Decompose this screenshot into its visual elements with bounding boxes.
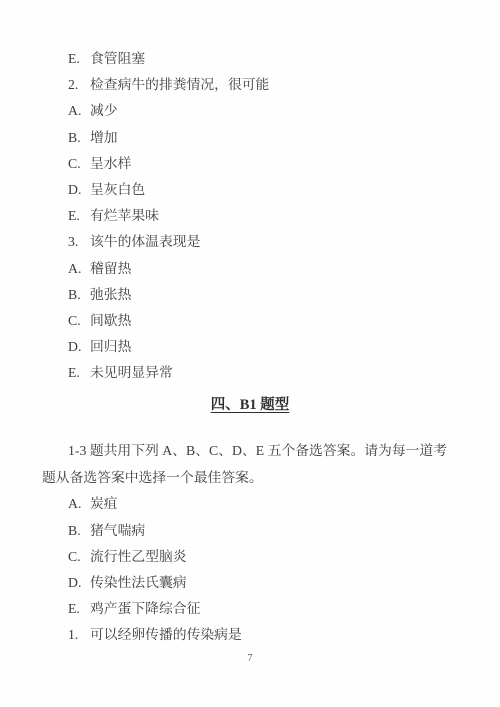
option-text: 炭疽 bbox=[90, 496, 118, 511]
option-letter: B. bbox=[68, 125, 90, 151]
option-line: D.呈灰白色 bbox=[42, 177, 458, 203]
option-text: 间歇热 bbox=[90, 313, 131, 328]
question-text: 检查病牛的排粪情况，很可能 bbox=[90, 77, 269, 92]
option-letter: E. bbox=[68, 360, 90, 386]
option-line: A.减少 bbox=[42, 98, 458, 124]
question-text: 该牛的体温表现是 bbox=[90, 234, 200, 249]
option-text: 鸡产蛋下降综合征 bbox=[90, 601, 200, 616]
section-instructions: 1-3 题共用下列 A、B、C、D、E 五个备选答案。请为每一道考题从备选答案中… bbox=[42, 438, 458, 491]
option-letter: B. bbox=[68, 518, 90, 544]
option-line: C.呈水样 bbox=[42, 151, 458, 177]
option-line: E.未见明显异常 bbox=[42, 360, 458, 386]
option-letter: C. bbox=[68, 308, 90, 334]
option-line: D.回归热 bbox=[42, 334, 458, 360]
option-text: 增加 bbox=[90, 130, 118, 145]
option-text: 传染性法氏囊病 bbox=[90, 575, 187, 590]
option-text: 流行性乙型脑炎 bbox=[90, 549, 187, 564]
option-letter: A. bbox=[68, 256, 90, 282]
option-letter: E. bbox=[68, 203, 90, 229]
section-heading: 四、B1 题型 bbox=[42, 392, 458, 418]
option-line: D.传染性法氏囊病 bbox=[42, 570, 458, 596]
option-line: E.有烂苹果味 bbox=[42, 203, 458, 229]
option-letter: E. bbox=[68, 596, 90, 622]
option-text: 未见明显异常 bbox=[90, 365, 173, 380]
question-number: 1. bbox=[68, 622, 90, 648]
option-text: 稽留热 bbox=[90, 261, 131, 276]
option-text: 弛张热 bbox=[90, 287, 131, 302]
option-line: E.食管阻塞 bbox=[42, 46, 458, 72]
question-line: 2.检查病牛的排粪情况，很可能 bbox=[42, 72, 458, 98]
option-line: B.猪气喘病 bbox=[42, 518, 458, 544]
question-line: 1.可以经卵传播的传染病是 bbox=[42, 622, 458, 648]
page-content: E.食管阻塞 2.检查病牛的排粪情况，很可能 A.减少 B.增加 C.呈水样 D… bbox=[0, 0, 500, 649]
option-text: 减少 bbox=[90, 103, 118, 118]
option-text: 食管阻塞 bbox=[90, 51, 145, 66]
option-letter: D. bbox=[68, 570, 90, 596]
option-text: 呈水样 bbox=[90, 156, 131, 171]
document-page: E.食管阻塞 2.检查病牛的排粪情况，很可能 A.减少 B.增加 C.呈水样 D… bbox=[0, 0, 500, 707]
option-letter: A. bbox=[68, 98, 90, 124]
option-letter: C. bbox=[68, 544, 90, 570]
question-line: 3.该牛的体温表现是 bbox=[42, 229, 458, 255]
question-number: 2. bbox=[68, 72, 90, 98]
option-letter: C. bbox=[68, 151, 90, 177]
option-line: A.稽留热 bbox=[42, 256, 458, 282]
question-text: 可以经卵传播的传染病是 bbox=[90, 627, 242, 642]
option-letter: E. bbox=[68, 46, 90, 72]
option-text: 回归热 bbox=[90, 339, 131, 354]
option-letter: B. bbox=[68, 282, 90, 308]
option-line: B.增加 bbox=[42, 125, 458, 151]
option-line: E.鸡产蛋下降综合征 bbox=[42, 596, 458, 622]
option-line: C.间歇热 bbox=[42, 308, 458, 334]
option-line: B.弛张热 bbox=[42, 282, 458, 308]
option-letter: D. bbox=[68, 334, 90, 360]
option-line: A.炭疽 bbox=[42, 491, 458, 517]
option-text: 呈灰白色 bbox=[90, 182, 145, 197]
page-number: 7 bbox=[0, 649, 500, 669]
section-heading-text: 四、B1 题型 bbox=[211, 397, 290, 413]
option-text: 猪气喘病 bbox=[90, 523, 145, 538]
option-letter: A. bbox=[68, 491, 90, 517]
option-line: C.流行性乙型脑炎 bbox=[42, 544, 458, 570]
option-text: 有烂苹果味 bbox=[90, 208, 159, 223]
option-letter: D. bbox=[68, 177, 90, 203]
question-number: 3. bbox=[68, 229, 90, 255]
